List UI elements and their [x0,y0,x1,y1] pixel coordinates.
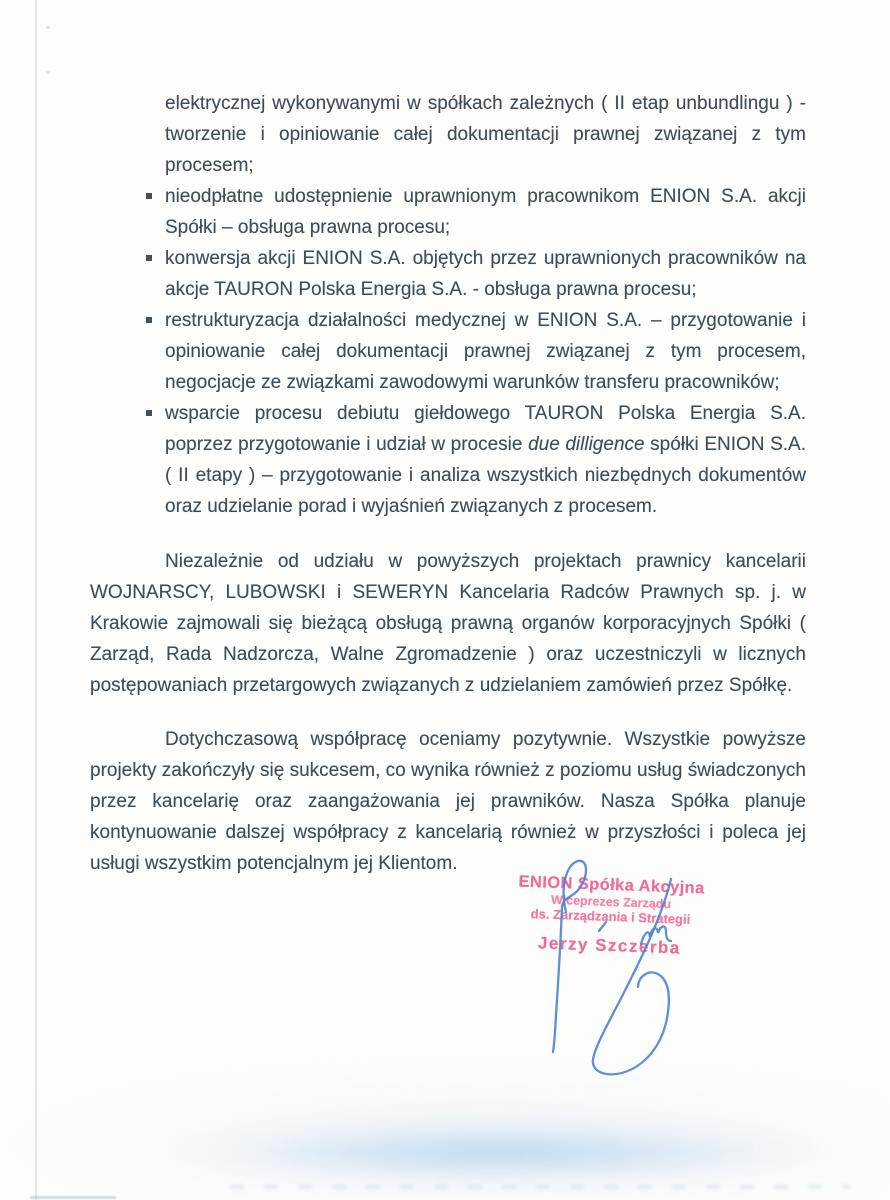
scan-smudge-artifact [255,1132,755,1176]
scan-speck-row [230,1185,850,1189]
square-bullet-icon [146,410,152,416]
handwritten-signature-ink [530,850,710,1090]
list-item-text-italic: due dilligence [528,434,645,455]
scan-edge-artifact [35,0,37,1200]
square-bullet-icon [146,317,152,323]
list-item-text: nieodpłatne udostępnienie uprawnionym pr… [165,186,806,238]
list-item-continuation: elektrycznej wykonywanymi w spółkach zal… [90,88,806,181]
scanned-letter-page: elektrycznej wykonywanymi w spółkach zal… [0,0,890,1200]
list-item-text: elektrycznej wykonywanymi w spółkach zal… [165,93,806,176]
paragraph: Niezależnie od udziału w powyższych proj… [90,546,806,701]
square-bullet-icon [146,193,152,199]
list-item: nieodpłatne udostępnienie uprawnionym pr… [90,181,806,243]
square-bullet-icon [146,255,152,261]
scan-speck [46,71,50,74]
list-item: wsparcie procesu debiutu giełdowego TAUR… [90,398,806,522]
list-item-text: restrukturyzacja działalności medycznej … [165,310,806,393]
list-item-text: konwersja akcji ENION S.A. objętych prze… [165,248,806,300]
list-item: restrukturyzacja działalności medycznej … [90,305,806,398]
letter-body: elektrycznej wykonywanymi w spółkach zal… [90,88,806,879]
scan-edge-mark [30,1196,116,1199]
scan-speck [46,26,50,29]
list-item: konwersja akcji ENION S.A. objętych prze… [90,243,806,305]
